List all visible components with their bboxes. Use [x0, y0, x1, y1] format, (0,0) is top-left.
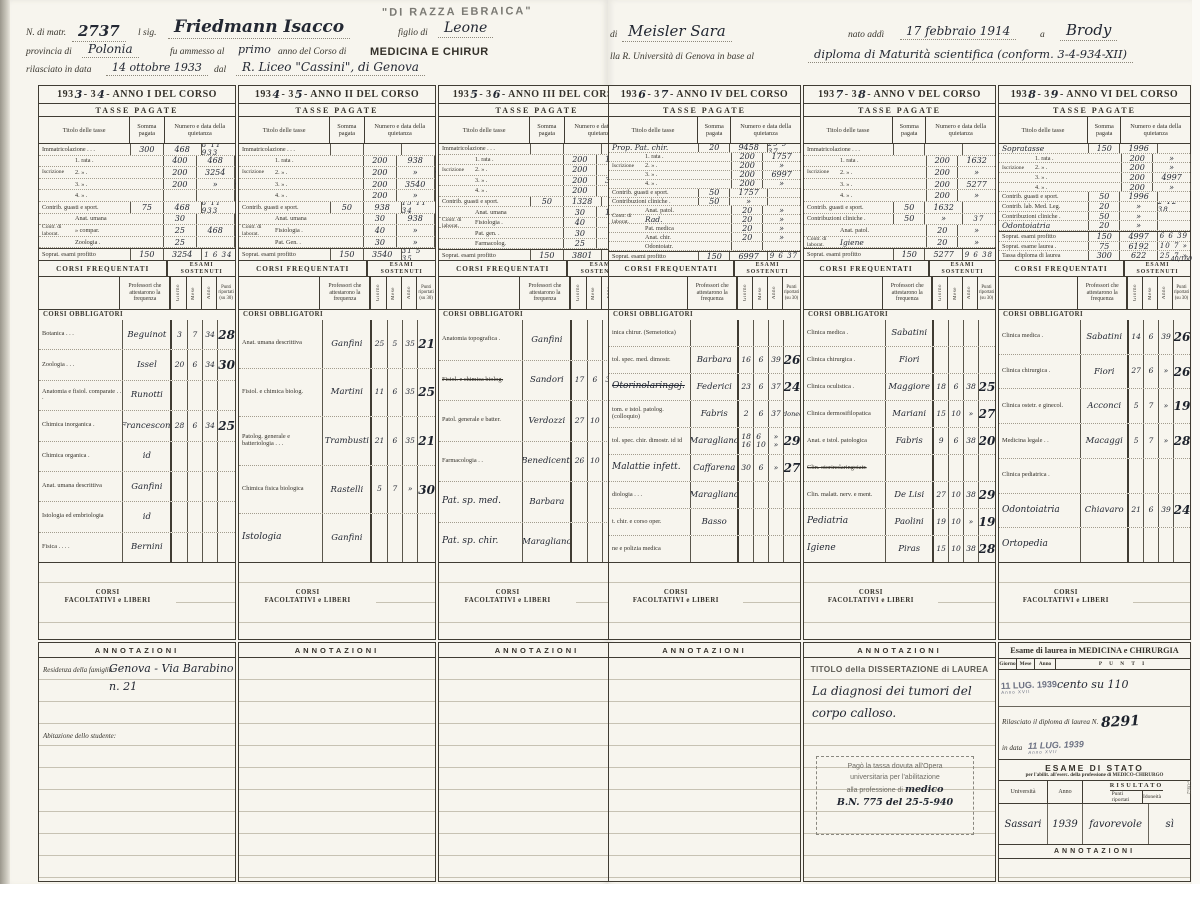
tasse-quietanza-numero: 5277 [924, 249, 961, 260]
tasse-quietanza-data: 31 5 35 [434, 179, 435, 190]
exam-points: 28 [217, 320, 235, 349]
tasse-label: Sopratasse [999, 144, 1088, 153]
tasse-somma: 50 [1088, 212, 1120, 221]
tasse-somma [530, 144, 562, 154]
tasse-quietanza-data [234, 214, 235, 225]
exam-points: 25 [417, 369, 435, 417]
tasse-row: 1. rata . 200 1328 27 [439, 155, 608, 166]
tasse-somma: 25 [163, 225, 195, 236]
course-row: Igiene Piras 15 10 38 28 [804, 536, 995, 562]
exam-year [202, 502, 217, 531]
tasse-row: Soprat. esami profitto 150 6997 9 6 37 [609, 251, 800, 260]
tasse-somma: 30 [563, 207, 595, 217]
exam-month: 6 [753, 401, 768, 427]
tasse-somma: 200 [563, 155, 595, 165]
corsi-subheader: Professori che attestarono la frequenza … [439, 277, 608, 310]
course-professor: Fiori [885, 347, 932, 373]
exam-points [1173, 528, 1190, 562]
tasse-somma: 25 [563, 239, 595, 249]
exam-day: 19 [932, 509, 948, 535]
tasse-quietanza-numero: 1328 [563, 197, 601, 207]
tasse-quietanza-numero: » [1119, 221, 1156, 230]
tasse-quietanza-data: 20 11 [800, 215, 801, 223]
tasse-quietanza-data: 17 11 37 [995, 156, 996, 167]
tasse-group-label: Contr. di laborat. [242, 224, 276, 236]
tasse-row: Contrib. guasti e sport. 50 938 15 11 34 [239, 202, 435, 214]
tasse-quietanza-data [234, 237, 235, 248]
tasse-group-label: Contr. di laborat. [612, 213, 646, 225]
tasse-row: Iscrizione 2. » . 200 » [439, 165, 608, 176]
tasse-quietanza-numero: 3254 [196, 167, 234, 178]
tasse-row: Iscrizione 2. » . 200 » » [239, 167, 435, 179]
tasse-quietanza-numero: 938 [363, 202, 401, 213]
corsi-subheader: Professori che attestarono la frequenza … [239, 277, 435, 310]
tasse-rows: Prop. Pat. chir. 20 9458 29 9 37 1. rata… [609, 144, 800, 260]
exam-points [978, 347, 995, 373]
tasse-somma: 400 [163, 156, 195, 167]
exam-points: 28 [978, 536, 995, 562]
exam-month: 6 [1143, 320, 1158, 354]
tasse-quietanza-data [1190, 183, 1191, 192]
tasse-somma: 150 [1088, 144, 1120, 153]
course-row: Clinica ostetr. e ginecol. Acconci 5 7 »… [999, 389, 1190, 424]
course-row: Malattie infett. Caffarena 30 6 » 27 [609, 455, 800, 482]
tasse-quietanza-numero: 1328 [596, 207, 608, 217]
laurea-punti-hw: cento su 110 [1057, 678, 1129, 691]
tasse-table-header: Titolo delle tasse Somma pagata Numero e… [39, 117, 235, 144]
corsi-obbligatori-label: CORSI OBBLIGATORI [1003, 311, 1083, 318]
tasse-label: Contrib. guasti e sport. [999, 192, 1088, 201]
tasse-quietanza-data: 29 9 37 [767, 144, 800, 152]
tasse-somma: 300 [1088, 251, 1120, 260]
exam-month: 6 [587, 361, 602, 401]
tasse-quietanza-data [1190, 163, 1191, 172]
exam-month: 5 [387, 320, 402, 368]
laurea-date-row: 11 LUG. 1939Anno XVII cento su 110 [999, 670, 1190, 707]
corsi-obbligatori-label: CORSI OBBLIGATORI [443, 311, 523, 318]
tasse-quietanza-data: 6 6 39 [1157, 232, 1190, 241]
tasse-label: Pat. Gen. . [239, 237, 363, 248]
exam-points: 25 [978, 374, 995, 400]
exam-points: 28 [1173, 424, 1190, 458]
exam-month [753, 536, 768, 562]
exam-month: 7 [187, 320, 202, 349]
exam-year: » [963, 401, 978, 427]
left-year-columns: 1933 - 34 - ANNO I DEL CORSO TASSE PAGAT… [38, 85, 608, 640]
tasse-quietanza-numero: » [596, 218, 608, 228]
exam-year [963, 347, 978, 373]
corsi-subheader: Professori che attestarono la frequenza … [804, 277, 995, 310]
corsi-rows-block: CORSI OBBLIGATORI inica chirur. (Semeiot… [609, 310, 800, 562]
tasse-label: Soprat. esami profitto [999, 232, 1088, 241]
course-professor [1080, 528, 1127, 562]
stato-idoneita: sì [1148, 804, 1190, 844]
exam-points [783, 509, 800, 535]
tasse-quietanza-data [434, 237, 435, 248]
sig-label: l sig. [138, 28, 156, 38]
tasse-quietanza-numero: 1996 [1119, 144, 1156, 153]
course-label: Pat. sp. med. [439, 482, 522, 522]
exam-points: 25 [217, 411, 235, 440]
exam-year [1158, 459, 1173, 493]
exam-year: 35 [402, 417, 417, 465]
tasse-somma: 200 [731, 180, 763, 188]
course-row: Chimica fisica biologica Rastelli 5 7 » … [239, 466, 435, 515]
tasse-quietanza-numero: » [729, 198, 766, 206]
corsi-obbligatori-label: CORSI OBBLIGATORI [613, 311, 693, 318]
dal-label: dal [214, 65, 226, 75]
exam-points [783, 320, 800, 346]
tasse-label: Contrib. guasti e sport. [239, 202, 330, 213]
tasse-somma: 200 [731, 153, 763, 161]
exam-month [948, 347, 963, 373]
course-professor: Basso [690, 509, 737, 535]
exam-year: 39 [1158, 494, 1173, 528]
tasse-quietanza-numero: 9458 [729, 144, 766, 152]
course-label: t. chir. e corso oper. [609, 509, 690, 535]
tasse-label: 4. » . [439, 186, 563, 196]
exam-day: 5 [1127, 389, 1143, 423]
tasse-quietanza-data [767, 198, 800, 206]
exam-day [170, 472, 186, 501]
tasse-quietanza-data: 15 11 34 [434, 156, 435, 167]
tasse-pagate-bar: TASSE PAGATE [39, 104, 235, 117]
course-row: Anat. umana descrittiva Ganfini [39, 472, 235, 502]
course-row: Fisica . . . . Bernini [39, 533, 235, 562]
year-title: 1937 - 38 - ANNO V DEL CORSO [804, 86, 995, 104]
exam-year: 38 [963, 374, 978, 400]
tasse-label: Contrib. guasti e sport. [804, 202, 893, 213]
tasse-quietanza-numero: 4997 [1119, 232, 1156, 241]
tasse-somma: 75 [130, 202, 162, 213]
course-row: Anatomia e fisiol. comparate . . . Runot… [39, 381, 235, 411]
course-professor: Acconci [1080, 389, 1127, 423]
exam-month [587, 482, 602, 522]
tasse-label: Pat. gen. . [439, 228, 563, 238]
course-label: Pat. sp. chir. [439, 523, 522, 563]
tasse-label: Soprat. esami profitto [239, 249, 330, 260]
tasse-quietanza-numero: 468 [163, 202, 201, 213]
tasse-label: Prop. Pat. chir. [609, 144, 698, 152]
tasse-quietanza-numero: » [596, 239, 608, 249]
tasse-quietanza-numero: 938 [396, 156, 434, 167]
tasse-somma: 200 [363, 167, 395, 178]
tasse-label: 1. rata . [239, 156, 363, 167]
course-label: tol. spec. med. dimostr. [609, 347, 690, 373]
tasse-quietanza-data [995, 237, 996, 248]
exam-year: » [768, 455, 783, 481]
tasse-quietanza-numero: » [924, 214, 961, 225]
tasse-quietanza-numero: » [762, 224, 799, 232]
course-label: Odontoiatria [999, 494, 1080, 528]
tasse-row: Contrib. guasti e sport. 50 1996 [999, 192, 1190, 202]
diploma-rilasciato-row: Rilasciato il diploma di laurea N. 8291 [999, 707, 1190, 737]
year-column: 1936 - 37 - ANNO IV DEL CORSO TASSE PAGA… [608, 85, 801, 640]
tasse-quietanza-numero [762, 242, 799, 250]
course-label: Clinica medica . [999, 320, 1080, 354]
exam-points [217, 502, 235, 531]
professione-hw: medico [905, 784, 943, 795]
exam-year [768, 509, 783, 535]
tasse-table-header: Titolo delle tasse Somma pagata Numero e… [804, 117, 995, 144]
exam-month: 10 [587, 442, 602, 482]
exam-month: 10 [587, 401, 602, 441]
tasse-quietanza-data: 10 7 » [1157, 242, 1190, 251]
tasse-quietanza-data: 15 11 34 [401, 202, 435, 213]
course-row: Istologia ed embriologia id [39, 502, 235, 532]
tasse-quietanza-data: 8 11 933 [201, 202, 235, 213]
tasse-row: 3. » . 200 3540 31 5 35 [239, 179, 435, 191]
tasse-quietanza-data: 8 11 933 [234, 156, 235, 167]
tasse-label: 1. rata . [999, 154, 1121, 163]
stato-columns: Università Anno RISULTATO Punti riportat… [999, 781, 1190, 804]
dissertation-title-stamp: TITOLO della DISSERTAZIONE di LAUREA [810, 664, 989, 674]
exam-points: 21 [417, 417, 435, 465]
tasse-row: Iscrizione 2. » . 200 3254 1 6 34 [39, 167, 235, 179]
exam-year: 38 [963, 536, 978, 562]
tasse-quietanza-data [234, 190, 235, 201]
tasse-row: Iscrizione 2. » . 200 » [804, 167, 995, 179]
corsi-rows-block: CORSI OBBLIGATORI Anatomia topografica .… [439, 310, 608, 562]
course-row: Zoologia . . . Issel 20 6 34 30 [39, 350, 235, 380]
tasse-somma: 30 [363, 237, 395, 248]
course-label: Clin. malatt. nerv. e ment. [804, 482, 885, 508]
tasse-quietanza-numero: » [396, 190, 434, 201]
course-professor: Mariani [885, 401, 932, 427]
tasse-row: Soprat. esami profitto 150 5277 9 6 38 [804, 248, 995, 260]
year-title: 1936 - 37 - ANNO IV DEL CORSO [609, 86, 800, 104]
corsi-header-bar: CORSI FREQUENTATI ESAMI SOSTENUTI [39, 260, 235, 277]
exam-day: 11 [370, 369, 386, 417]
residenza-value: Genova - Via Barabino n. 21 [109, 660, 234, 695]
nato-label: nato addì [848, 30, 884, 40]
exam-points: idoneo [783, 401, 800, 427]
opera-universitaria-stamp: Pagò la tassa dovuta all'Opera universit… [816, 756, 974, 835]
tasse-row: Farmacolog. 25 » [439, 239, 608, 250]
tasse-quietanza-numero: 938 [396, 214, 434, 225]
tasse-somma: 150 [1088, 232, 1120, 241]
laurea-date-stamp: 11 LUG. 1939Anno XVII [1001, 680, 1057, 695]
year-column: 1937 - 38 - ANNO V DEL CORSO TASSE PAGAT… [803, 85, 996, 640]
year-column: 1935 - 36 - ANNO III DEL CORSO TASSE PAG… [438, 85, 608, 640]
tasse-rows: Immatricolazione . . . 1. rata . 200 [239, 144, 435, 260]
tasse-label: 3. » . [804, 179, 926, 190]
course-professor: Federici [690, 374, 737, 400]
exam-day: 9 [932, 428, 948, 454]
exam-day [570, 482, 586, 522]
exam-year: 39 [1158, 320, 1173, 354]
exam-day: 27 [570, 401, 586, 441]
course-row: Ortopedia [999, 528, 1190, 562]
tasse-quietanza-data: 36 [800, 206, 801, 214]
tasse-quietanza-numero: 6997 [729, 252, 766, 260]
tasse-quietanza-numero: 1632 [924, 202, 961, 213]
exam-year: » [1158, 389, 1173, 423]
tasse-somma: 200 [363, 156, 395, 167]
tasse-quietanza-numero [196, 214, 234, 225]
tasse-pagate-bar: TASSE PAGATE [804, 104, 995, 117]
exam-day: 30 [737, 455, 753, 481]
course-professor: Sandori [522, 361, 570, 401]
tasse-row: 3. » . 200 5277 9 6 38 [804, 179, 995, 191]
esame-di-stato-header: ESAME DI STATO per l'abilit. all'eserc. … [999, 760, 1190, 781]
tasse-quietanza-data [1157, 212, 1190, 221]
course-label: Clinica pediatrica . [999, 459, 1080, 493]
tasse-label: Soprat. esami profitto [39, 249, 130, 260]
course-row: Otorinolaringoj. Federici 23 6 37 24 [609, 374, 800, 401]
course-row: Fisiol. e chimica biolog. Sandori 17 6 3… [439, 361, 608, 402]
course-label: diologia . . . [609, 482, 690, 508]
course-label: Anat. umana descrittiva [239, 320, 322, 368]
corsi-header-bar: CORSI FREQUENTATI ESAMI SOSTENUTI [999, 260, 1190, 277]
course-row: Farmacologia . . Benedicenti 26 10 » [439, 442, 608, 483]
tasse-group-label: Contr. di laborat. [42, 224, 76, 236]
tasse-quietanza-data: 20 11 [800, 162, 801, 170]
exam-day [932, 347, 948, 373]
tasse-row: 4. » . 200 » [999, 183, 1190, 193]
corsi-header-bar: CORSI FREQUENTATI ESAMI SOSTENUTI [439, 260, 608, 277]
tasse-quietanza-numero: » [1152, 154, 1189, 163]
tasse-label: 4. » . [804, 190, 926, 201]
course-professor: Maggiore [885, 374, 932, 400]
course-professor: Barbara [690, 347, 737, 373]
tasse-label: Odontoiatria [999, 221, 1088, 230]
exam-month [587, 320, 602, 360]
exam-points: 30 [417, 466, 435, 514]
course-label: Chimica inorganica . [39, 411, 122, 440]
tasse-quietanza-data: 15 11 34 [434, 225, 435, 236]
tasse-somma: 50 [893, 202, 925, 213]
tasse-somma: 40 [363, 225, 395, 236]
course-row: tol. spec. chir. dimostr. id id Maraglia… [609, 428, 800, 455]
tasse-quietanza-numero: » [957, 237, 994, 248]
tasse-label: Contrib. guasti e sport. [39, 202, 130, 213]
tasse-label: 1. rata . [609, 153, 731, 161]
tasse-quietanza-data: 8 11 934 [234, 225, 235, 236]
exam-month: 6 10 [753, 428, 768, 454]
tasse-somma: 20 [1088, 202, 1120, 211]
tasse-row: Odontoiatr. [609, 242, 800, 251]
exam-month [587, 523, 602, 563]
tasse-pagate-bar: TASSE PAGATE [439, 104, 608, 117]
exam-day [737, 482, 753, 508]
corsi-subheader: Professori che attestarono la frequenza … [609, 277, 800, 310]
tasse-row: 1. rata . 400 468 8 11 933 [39, 156, 235, 168]
exam-month: 10 [948, 509, 963, 535]
exam-year: 37 [768, 374, 783, 400]
tasse-quietanza-numero: 1757 [729, 189, 766, 197]
tasse-somma [330, 144, 362, 155]
scanned-registration-booklet: "DI RAZZA EBRAICA" N. di matr. 2737 l si… [0, 0, 1200, 912]
tasse-group-label: Iscrizione [442, 167, 476, 173]
exam-day [170, 381, 186, 410]
course-label: Anat. e istol. patologica [804, 428, 885, 454]
tasse-quietanza-numero [924, 144, 961, 155]
course-row: Clinica oculistica . Maggiore 18 6 38 25 [804, 374, 995, 401]
year-column: 1938 - 39 - ANNO VI DEL CORSO TASSE PAGA… [998, 85, 1191, 640]
annotazioni-box-2: ANNOTAZIONI [238, 642, 436, 882]
tasse-row: 4. » . [39, 190, 235, 202]
tasse-label: 3. » . [239, 179, 363, 190]
exam-day: 2 [737, 401, 753, 427]
course-row: Anat. umana descrittiva Ganfini 25 5 35 … [239, 320, 435, 369]
course-row: Clinica chirurgica . Fiori 27 6 » 26 [999, 355, 1190, 390]
course-professor [885, 455, 932, 481]
exam-day [570, 320, 586, 360]
course-row: inica chirur. (Semeiotica) [609, 320, 800, 347]
course-professor [690, 536, 737, 562]
course-label: Chimica fisica biologica [239, 466, 322, 514]
tasse-quietanza-numero: » [396, 167, 434, 178]
tasse-somma: 50 [530, 197, 562, 207]
laurea-title: Esame di laurea in MEDICINA e CHIRURGIA [999, 643, 1190, 659]
corsi-rows-block: CORSI OBBLIGATORI Clinica medica . Sabat… [804, 310, 995, 562]
corsi-obbligatori-label: CORSI OBBLIGATORI [43, 311, 123, 318]
tasse-row: Tassa diploma di laurea 300 622 25 7 » 4… [999, 251, 1190, 260]
tasse-table-header: Titolo delle tasse Somma pagata Numero e… [239, 117, 435, 144]
exam-day: 20 [170, 350, 186, 379]
tasse-label: Contribuzioni cliniche . [804, 214, 893, 225]
tasse-somma: 50 [698, 198, 730, 206]
tasse-row: Immatricolazione . . . [804, 144, 995, 156]
tasse-somma: 200 [563, 165, 595, 175]
exam-points: 26 [783, 347, 800, 373]
exam-points: 24 [783, 374, 800, 400]
tasse-row: 3. » . 200 4997 6 6 39 [999, 173, 1190, 183]
stato-result-row: Sassari 1939 favorevole sì [999, 804, 1190, 845]
tasse-quietanza-numero: 1632 [957, 156, 994, 167]
laurea-columns: Giorno Mese Anno P U N T I [999, 659, 1190, 670]
exam-month: 6 [753, 374, 768, 400]
tasse-somma: 150 [130, 249, 162, 260]
course-professor: Runotti [122, 381, 170, 410]
tasse-group-label: Iscrizione [807, 169, 841, 175]
tasse-somma: 200 [731, 171, 763, 179]
tasse-quietanza-numero: 468 [163, 144, 201, 155]
course-row: ne e polizia medica [609, 536, 800, 562]
tasse-quietanza-numero: » [762, 206, 799, 214]
course-label: Istologia ed embriologia [39, 502, 122, 531]
corsi-header-bar: CORSI FREQUENTATI ESAMI SOSTENUTI [609, 260, 800, 277]
student-name: Friedmann Isacco [168, 17, 350, 39]
tasse-label: Anat. chir. [609, 233, 731, 241]
year-title: 1933 - 34 - ANNO I DEL CORSO [39, 86, 235, 104]
exam-year [402, 514, 417, 562]
exam-points [217, 533, 235, 562]
exam-points [217, 381, 235, 410]
course-row: Pediatria Paolini 19 10 » 19 [804, 509, 995, 536]
course-professor: Maragliano [522, 523, 570, 563]
course-professor: Bernini [122, 533, 170, 562]
tasse-label: Contribuzioni cliniche . [609, 198, 698, 206]
exam-year [202, 381, 217, 410]
course-label: Fisiol. e chimica biolog. [439, 361, 522, 401]
tasse-label: 3. » . [439, 176, 563, 186]
corsi-subheader: Professori che attestarono la frequenza … [999, 277, 1190, 310]
tasse-label: Contrib. guasti e sport. [609, 189, 698, 197]
tasse-label: 1. rata . [804, 156, 926, 167]
di-label: di [610, 30, 617, 40]
course-row: Clinica pediatrica . [999, 459, 1190, 494]
tasse-quietanza-data: » [434, 167, 435, 178]
tasse-quietanza-numero: » [957, 190, 994, 201]
corso-name: MEDICINA E CHIRUR [370, 46, 489, 58]
tasse-pagate-bar: TASSE PAGATE [239, 104, 435, 117]
left-annotations: ANNOTAZIONI Residenza della famiglia: Ge… [38, 642, 608, 882]
birth-date: 17 febbraio 1914 [900, 24, 1016, 40]
tasse-somma: 150 [893, 249, 925, 260]
tasse-label: Contrib. lab. Med. Leg. [999, 202, 1088, 211]
